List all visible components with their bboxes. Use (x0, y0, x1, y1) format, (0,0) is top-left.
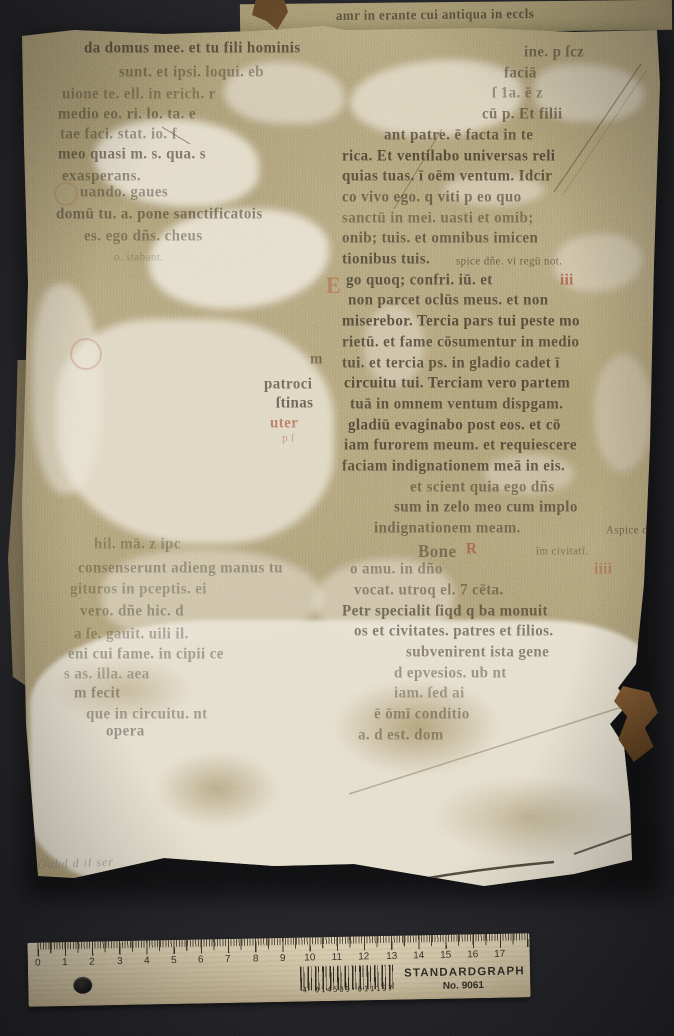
ruler-brand: STANDARDGRAPH (404, 965, 522, 979)
ruler-number: 10 (304, 952, 315, 963)
text-line: ant patre. ē facta in te (384, 127, 533, 145)
ruler-number: 5 (171, 955, 177, 966)
text-line: o. stabant. (114, 251, 163, 264)
text-line: medio eo. ri. lo. ta. e (58, 106, 196, 124)
rubric-numeral: iiii (594, 561, 612, 579)
text-line: sunt. et ipsi. loqui. eb (119, 64, 264, 82)
text-line: sanctū in mei. uasti et omib; (342, 210, 534, 228)
text-line: miserebor. Tercia pars tui peste mo (342, 313, 580, 331)
residue-patch (594, 354, 652, 472)
text-line: ē ōmī conditio (374, 706, 470, 724)
text-line: eni cui fame. in cipii ce (68, 646, 224, 664)
text-line: ine. p ſcz (524, 44, 584, 62)
text-line: vero. dñe hic. d (80, 603, 184, 621)
rubric-numeral: iii (560, 272, 574, 290)
text-line: a ſe. gauit. uili il. (74, 626, 189, 644)
red-fragment: p ſ (282, 432, 295, 445)
text-line: faciā (504, 65, 537, 83)
text-line: gladiū evaginabo post eos. et cō (348, 417, 561, 435)
text-line: Bone (418, 541, 456, 562)
text-line: rietū. et fame cōsumentur in medio (342, 334, 579, 352)
text-line: m (310, 351, 323, 369)
ruler-number: 0 (35, 958, 41, 969)
ruler-number: 8 (253, 953, 259, 964)
citation-note: spice dñe. vi regū not. (456, 255, 562, 268)
ruler-hanging-hole (73, 977, 92, 994)
ruler-number: 13 (386, 951, 397, 962)
text-line: cū p. Et filii (482, 106, 563, 124)
text-line: meo quasi m. s. qua. s (58, 146, 206, 164)
ruler-number: 16 (467, 949, 478, 960)
text-line: go quoq; confri. iū. et (346, 272, 493, 290)
text-line: vocat. utroq el. 7 cēta. (354, 582, 504, 600)
underleaf-text-line: amr in erante cui antiqua in eccls (336, 5, 534, 24)
text-line: hil. mā. z ipc (94, 536, 181, 554)
text-line: consenserunt adieng manus tu (78, 560, 283, 578)
text-line: indignationem meam. (374, 520, 521, 538)
ruler-number: 17 (494, 949, 505, 960)
text-fragment: īm civitatī. (536, 545, 588, 558)
text-line: onib; tuis. et omnibus imicen (342, 230, 538, 248)
parchment-page: da domus mee. et tu fili hominis sunt. e… (14, 24, 664, 890)
red-fragment: uter (270, 415, 298, 433)
ruler-number: 11 (331, 952, 342, 963)
ruler-number: 2 (89, 957, 95, 968)
ruler-number: 9 (280, 953, 286, 964)
text-line: non parcet oclūs meus. et non (348, 292, 549, 310)
text-line: circuitu tui. Terciam vero partem (344, 375, 570, 393)
text-line: subvenirent ista gene (406, 644, 549, 662)
text-line: o amu. in dño (350, 561, 443, 579)
text-line: tionibus tuis. (342, 251, 430, 269)
text-line: da domus mee. et tu fili hominis (84, 40, 301, 58)
text-line: s as. illa. aea (64, 666, 150, 684)
faded-initial-ring (54, 182, 78, 206)
text-line: ſ 1a. ē z (492, 85, 543, 103)
text-line: et scient quia ego dñs (410, 479, 555, 497)
text-line: faciam indignationem meā in eis. (342, 458, 565, 476)
responsory-mark: R (466, 541, 477, 559)
ruler-number: 4 (144, 955, 150, 966)
faded-initial-ring (70, 338, 102, 370)
rubric-note: Aspice d. (606, 524, 651, 537)
text-line: tuā in omnem ventum dispgam. (350, 396, 563, 414)
ruler-number: 6 (198, 954, 204, 965)
text-line: tui. et tercia ps. in gladio cadet ī (342, 355, 560, 373)
barcode-digits: 4 014509 011197 (296, 984, 400, 995)
text-line: gituros in pceptis. ei (70, 581, 207, 599)
text-line: iam. ſed ai (394, 685, 465, 703)
ruler-number: 14 (413, 950, 424, 961)
text-line: Petr specialit ſiqd q ba monuit (342, 603, 548, 621)
text-line: uione te. ell. in erich. r (62, 86, 216, 104)
text-line: a. d est. dom (358, 727, 444, 745)
text-line: tae faci. stat. io. f (60, 126, 177, 144)
text-line: uando. gaues (80, 184, 168, 202)
ruler-number: 12 (358, 951, 369, 962)
ruler-number: 7 (225, 954, 231, 965)
rubric-initial: E (326, 272, 341, 300)
text-line: domū tu. a. pone sanctificatois (56, 206, 263, 224)
text-line: sum in zelo meo cum implo (394, 499, 578, 517)
ruler-number: 15 (440, 950, 451, 961)
text-line: patroci (264, 376, 312, 394)
text-line: rica. Et ventilabo universas reli (342, 148, 555, 166)
pencil-note: Oubd d il ser (38, 855, 114, 873)
manuscript-photo: amr in erante cui antiqua in eccls da do… (0, 0, 674, 1036)
text-line: opera (106, 723, 145, 741)
text-line: quias tuas. ī oēm ventum. Idcir (342, 168, 552, 186)
ruler-number: 1 (62, 957, 68, 968)
text-line: es. ego dñs. cheus (84, 228, 202, 246)
text-line: que in circuitu. nt (86, 706, 208, 724)
text-line: m fecit (74, 685, 121, 703)
text-line: d epvesios. ub nt (394, 665, 507, 683)
text-line: os et civitates. patres et filios. (354, 623, 554, 641)
ruler-number: 3 (117, 956, 123, 967)
ruler-model-number: No. 9061 (404, 979, 522, 992)
text-line: ſtinas (276, 395, 313, 413)
text-line: co vivo ego. q viti p eo quo (342, 189, 522, 207)
ruler: 0 1 2 3 4 5 6 7 8 9 10 11 12 13 14 15 16… (27, 933, 530, 1007)
text-line: iam furorem meum. et requiescere (344, 437, 577, 455)
